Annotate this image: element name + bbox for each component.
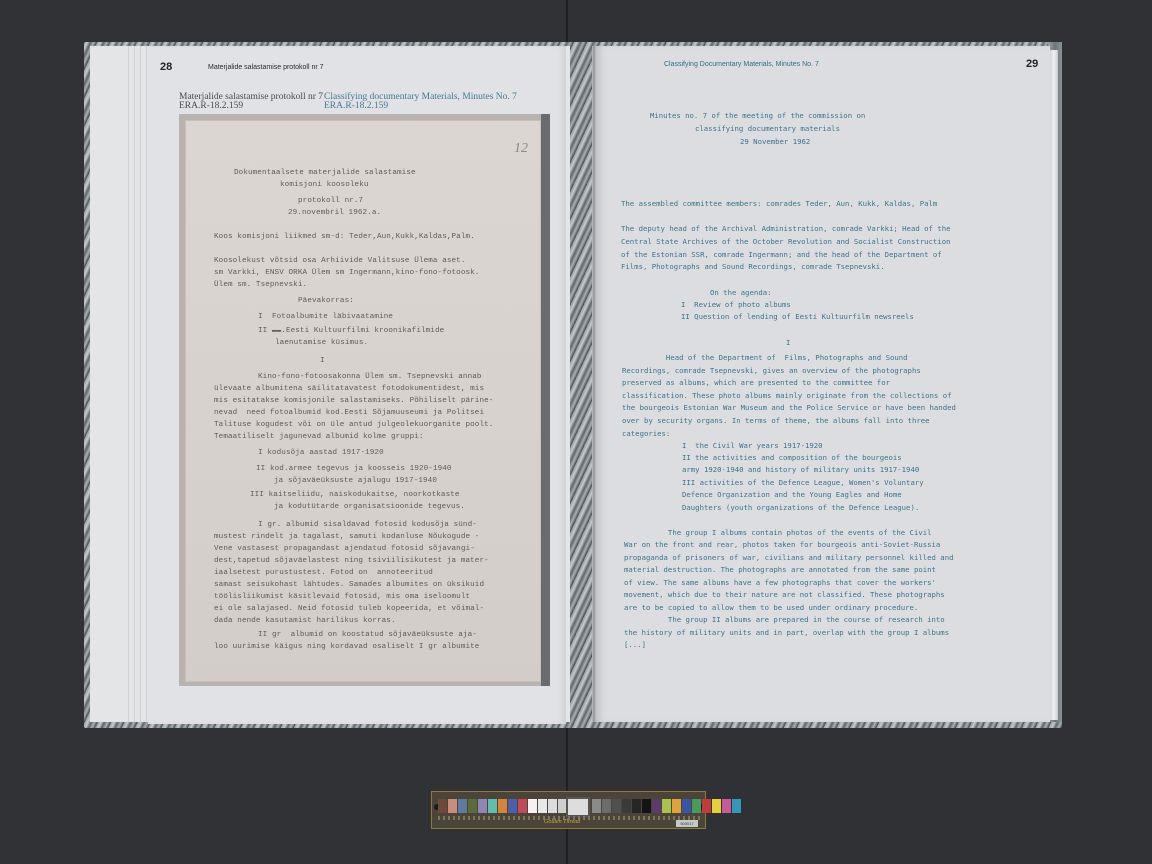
color-chip: [732, 799, 741, 813]
typewritten-line: Ülem sm. Tsepnevski.: [214, 279, 307, 292]
color-chip: [498, 799, 507, 813]
agenda-item-1: I Review of photo albums: [681, 299, 791, 312]
color-chip: [448, 799, 457, 813]
left-running-head: Materjalide salastamise protokoll nr 7: [208, 64, 324, 71]
color-chip: [538, 799, 547, 813]
typewritten-page: 12 Dokumentaalsete materjalide salastami…: [185, 120, 541, 682]
typewritten-line: I: [320, 355, 325, 368]
color-chip: [438, 799, 447, 813]
archive-folio-stamp: 12: [514, 141, 528, 157]
typewritten-line: Dokumentaalsete materjalide salastamise: [234, 167, 416, 180]
color-chip: [722, 799, 731, 813]
agenda-heading: On the agenda:: [710, 287, 772, 300]
typewritten-line: sm Varkki, ENSV ORKA Ülem sm Ingermann,k…: [214, 267, 479, 280]
scanned-document: 12 Dokumentaalsete materjalide salastami…: [179, 114, 550, 686]
typewritten-line: Päevakorras:: [298, 295, 354, 308]
typewritten-line: 29.novembril 1962.a.: [288, 207, 381, 220]
typewritten-line: Vene vastasest propagandast ajendatud fo…: [214, 543, 475, 556]
typewritten-line: iaalsetest purustustest. Fotod on annote…: [214, 567, 433, 580]
color-chip: [488, 799, 497, 813]
target-center-label: [566, 797, 590, 817]
color-chips-left: [438, 799, 587, 813]
typewritten-line: töölisliikumist käsitlevaid fotosid, mis…: [214, 591, 470, 604]
typewritten-line: dada nende kasutamist harilikus korras.: [214, 615, 396, 628]
caption-english-ref: ERA.R-18.2.159: [324, 102, 388, 111]
typewritten-line: dest,tapetud sõjaväelastest ning tsiviil…: [214, 555, 489, 568]
typewritten-line: ja kodutütarde organisatsioonide tegevus…: [274, 501, 465, 514]
typewritten-line: protokoll nr.7: [298, 195, 363, 208]
typewritten-line: III kaitseliidu, naiskodukaitse, noorkot…: [250, 489, 460, 502]
typewritten-line: II gr albumid on koostatud sõjaväeüksust…: [258, 629, 477, 642]
typewritten-line: I kodusõja aastad 1917-1920: [258, 447, 384, 460]
color-chip: [518, 799, 527, 813]
typewritten-line: nevad need fotoalbumid kod.Eesti Sõjamuu…: [214, 407, 484, 420]
typewritten-line: II kod.armee tegevus ja koosseis 1920-19…: [256, 463, 452, 476]
color-chip: [652, 799, 661, 813]
color-chip: [662, 799, 671, 813]
members-line: The assembled committee members: comrade…: [621, 198, 937, 211]
color-chip: [612, 799, 621, 813]
right-page-number: 29: [1026, 58, 1038, 70]
title-line-2: classifying documentary materials: [695, 123, 840, 136]
color-chip: [672, 799, 681, 813]
typewritten-line: Kino-fono-fotoosakonna Ülem sm. Tsepnevs…: [258, 371, 482, 384]
color-chips-right: [592, 799, 741, 813]
typewritten-line: Koos komisjoni liikmed sm-d: Teder,Aun,K…: [214, 231, 475, 244]
typewritten-line: Temaatiliselt jagunevad albumid kolme gr…: [214, 431, 424, 444]
typewritten-line: laenutamise küsimus.: [275, 337, 368, 350]
color-chip: [692, 799, 701, 813]
color-chip: [702, 799, 711, 813]
scan-background-edge: [541, 114, 550, 686]
title-line-1: Minutes no. 7 of the meeting of the comm…: [650, 110, 865, 123]
right-page-stack: [1050, 50, 1058, 720]
typewritten-line: mustest rindelt ja tagalast, samuti koda…: [214, 531, 479, 544]
color-chip: [548, 799, 557, 813]
agenda-item-2: II Question of lending of Eesti Kultuurf…: [681, 311, 914, 324]
color-calibration-target: Golden Thread 500017: [431, 791, 706, 829]
title-line-3: 29 November 1962: [740, 136, 810, 149]
target-serial: 500017: [676, 820, 698, 827]
color-chip: [602, 799, 611, 813]
right-running-head: Classifying Documentary Materials, Minut…: [664, 61, 819, 68]
typewritten-line: ei ole salajased. Neid fotosid tuleb kop…: [214, 603, 484, 616]
color-chip: [478, 799, 487, 813]
typewritten-line: samast seisukohast lähtudes. Samades alb…: [214, 579, 484, 592]
caption-estonian-ref: ERA.R-18.2.159: [179, 102, 243, 111]
section-numeral: I: [786, 337, 790, 350]
color-chip: [528, 799, 537, 813]
typewritten-line: ja sõjaväeüksuste ajalugu 1917-1940: [274, 475, 437, 488]
typewritten-line: komisjoni koosoleku: [280, 179, 368, 192]
left-page-number: 28: [160, 61, 172, 73]
typewritten-line: I gr. albumid sisaldavad fotosid kodusõj…: [258, 519, 477, 532]
color-chip: [632, 799, 641, 813]
color-chip: [592, 799, 601, 813]
color-chip: [458, 799, 467, 813]
color-chip: [642, 799, 651, 813]
typewritten-line: II ▬▬.Eesti Kultuurfilmi kroonikafilmide: [258, 325, 444, 338]
color-chip: [468, 799, 477, 813]
typewritten-line: mis esitatakse komisjonile salastamiseks…: [214, 395, 493, 408]
color-chip: [508, 799, 517, 813]
typewritten-line: ülevaate albumitena säilitatavatest foto…: [214, 383, 484, 396]
color-chip: [622, 799, 631, 813]
color-chip: [682, 799, 691, 813]
target-brand: Golden Thread: [544, 819, 580, 825]
typewritten-line: Talituse kogudest või on üle antud julge…: [214, 419, 493, 432]
color-chip: [712, 799, 721, 813]
typewritten-line: I Fotoalbumite läbivaatamine: [258, 311, 393, 324]
book-gutter: [592, 46, 596, 722]
typewritten-line: loo uurimise käigus ning kordavad osalis…: [214, 641, 479, 654]
typewritten-line: Koosolekust võtsid osa Arhiivide Valitsu…: [214, 255, 465, 268]
